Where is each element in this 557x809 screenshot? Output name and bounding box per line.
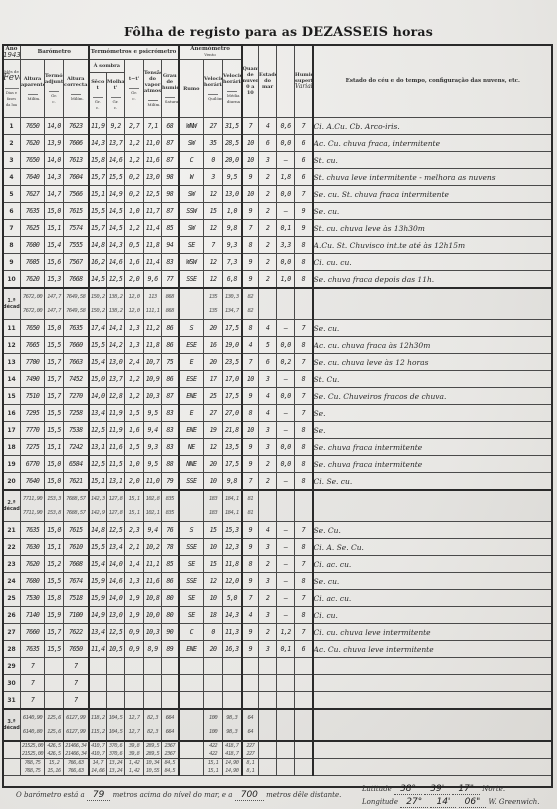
register-sheet: Fôlha de registo para as DEZASSEIS horas… bbox=[0, 0, 557, 809]
longitude-line: Longitude 27° 14' 06" W. Greenwich. bbox=[362, 797, 540, 807]
sea-distance: 700 bbox=[235, 790, 264, 801]
title-suffix: horas bbox=[393, 24, 433, 39]
title-hour: DEZASSEIS bbox=[302, 25, 388, 40]
barometer-altitude: 79 bbox=[87, 790, 110, 801]
latitude-line: Latitude 38° 39' 17" Norte. bbox=[362, 784, 505, 794]
barometer-note: O barómetro está a 79 metros acima do ní… bbox=[16, 790, 341, 800]
page-title: Fôlha de registo para as DEZASSEIS horas bbox=[0, 24, 557, 40]
table-border bbox=[2, 44, 553, 788]
title-prefix: Fôlha de registo para as bbox=[124, 24, 297, 39]
